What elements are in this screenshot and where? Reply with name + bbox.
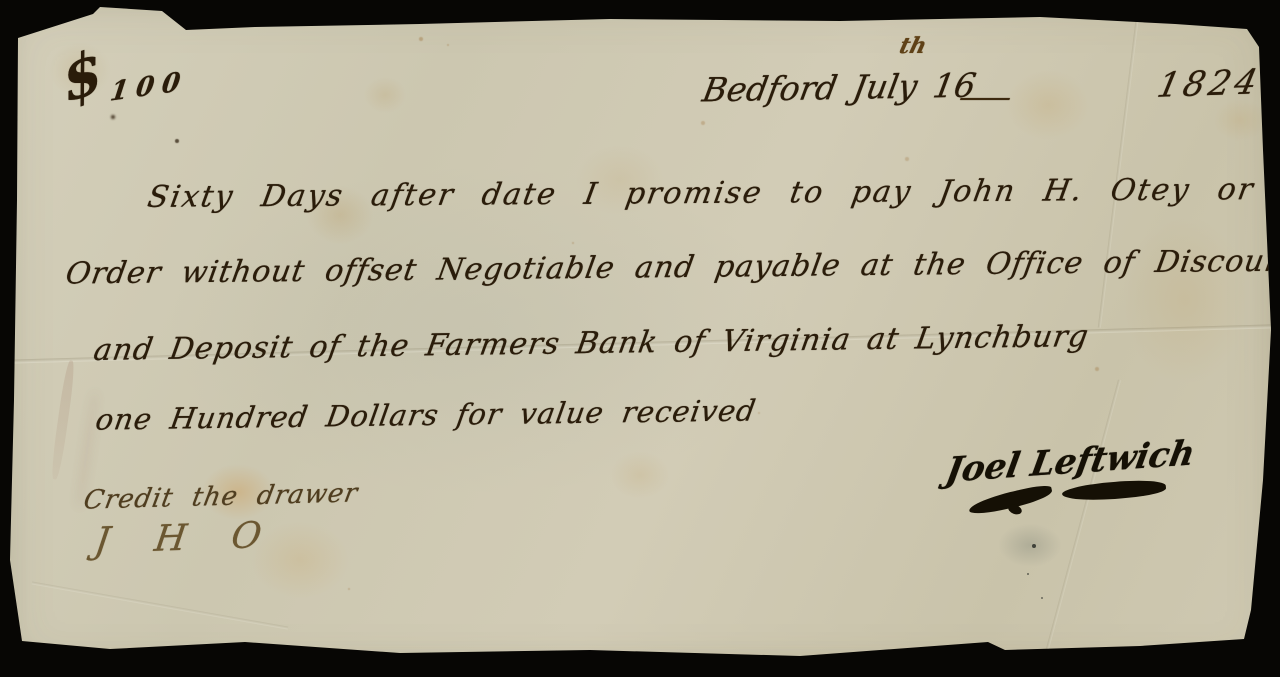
amount-value: 100 (108, 66, 190, 108)
dateline-place-date: Bedford July 16 (700, 66, 979, 110)
dateline-year: 1824 (1154, 62, 1265, 106)
paper-stain-specks (0, 0, 2, 2)
scanned-document: $ 100 Bedford July 16 th — 1824 Sixty Da… (0, 0, 1280, 677)
credit-notation: Credit the drawer (81, 478, 360, 515)
ink-smudge (988, 522, 1072, 580)
drawee-initials: J H O (92, 515, 264, 562)
dateline-place: Bedford (700, 68, 841, 109)
note-body-line: Sixty Days after date I promise to pay J… (145, 172, 1257, 215)
paper-sheet: $ 100 Bedford July 16 th — 1824 Sixty Da… (0, 0, 1280, 677)
note-body-line: and Deposit of the Farmers Bank of Virgi… (91, 319, 1091, 368)
dateline-dash: — (958, 80, 1012, 115)
paper-crease (1040, 380, 1121, 671)
dateline-day-suffix: th (897, 33, 930, 59)
note-body-line: one Hundred Dollars for value received (93, 393, 759, 436)
note-body-line: Order without offset Negotiable and paya… (63, 244, 1280, 292)
paper-crease (32, 581, 289, 629)
ink-bleedthrough (50, 360, 77, 480)
dollar-sign: $ (57, 36, 107, 116)
